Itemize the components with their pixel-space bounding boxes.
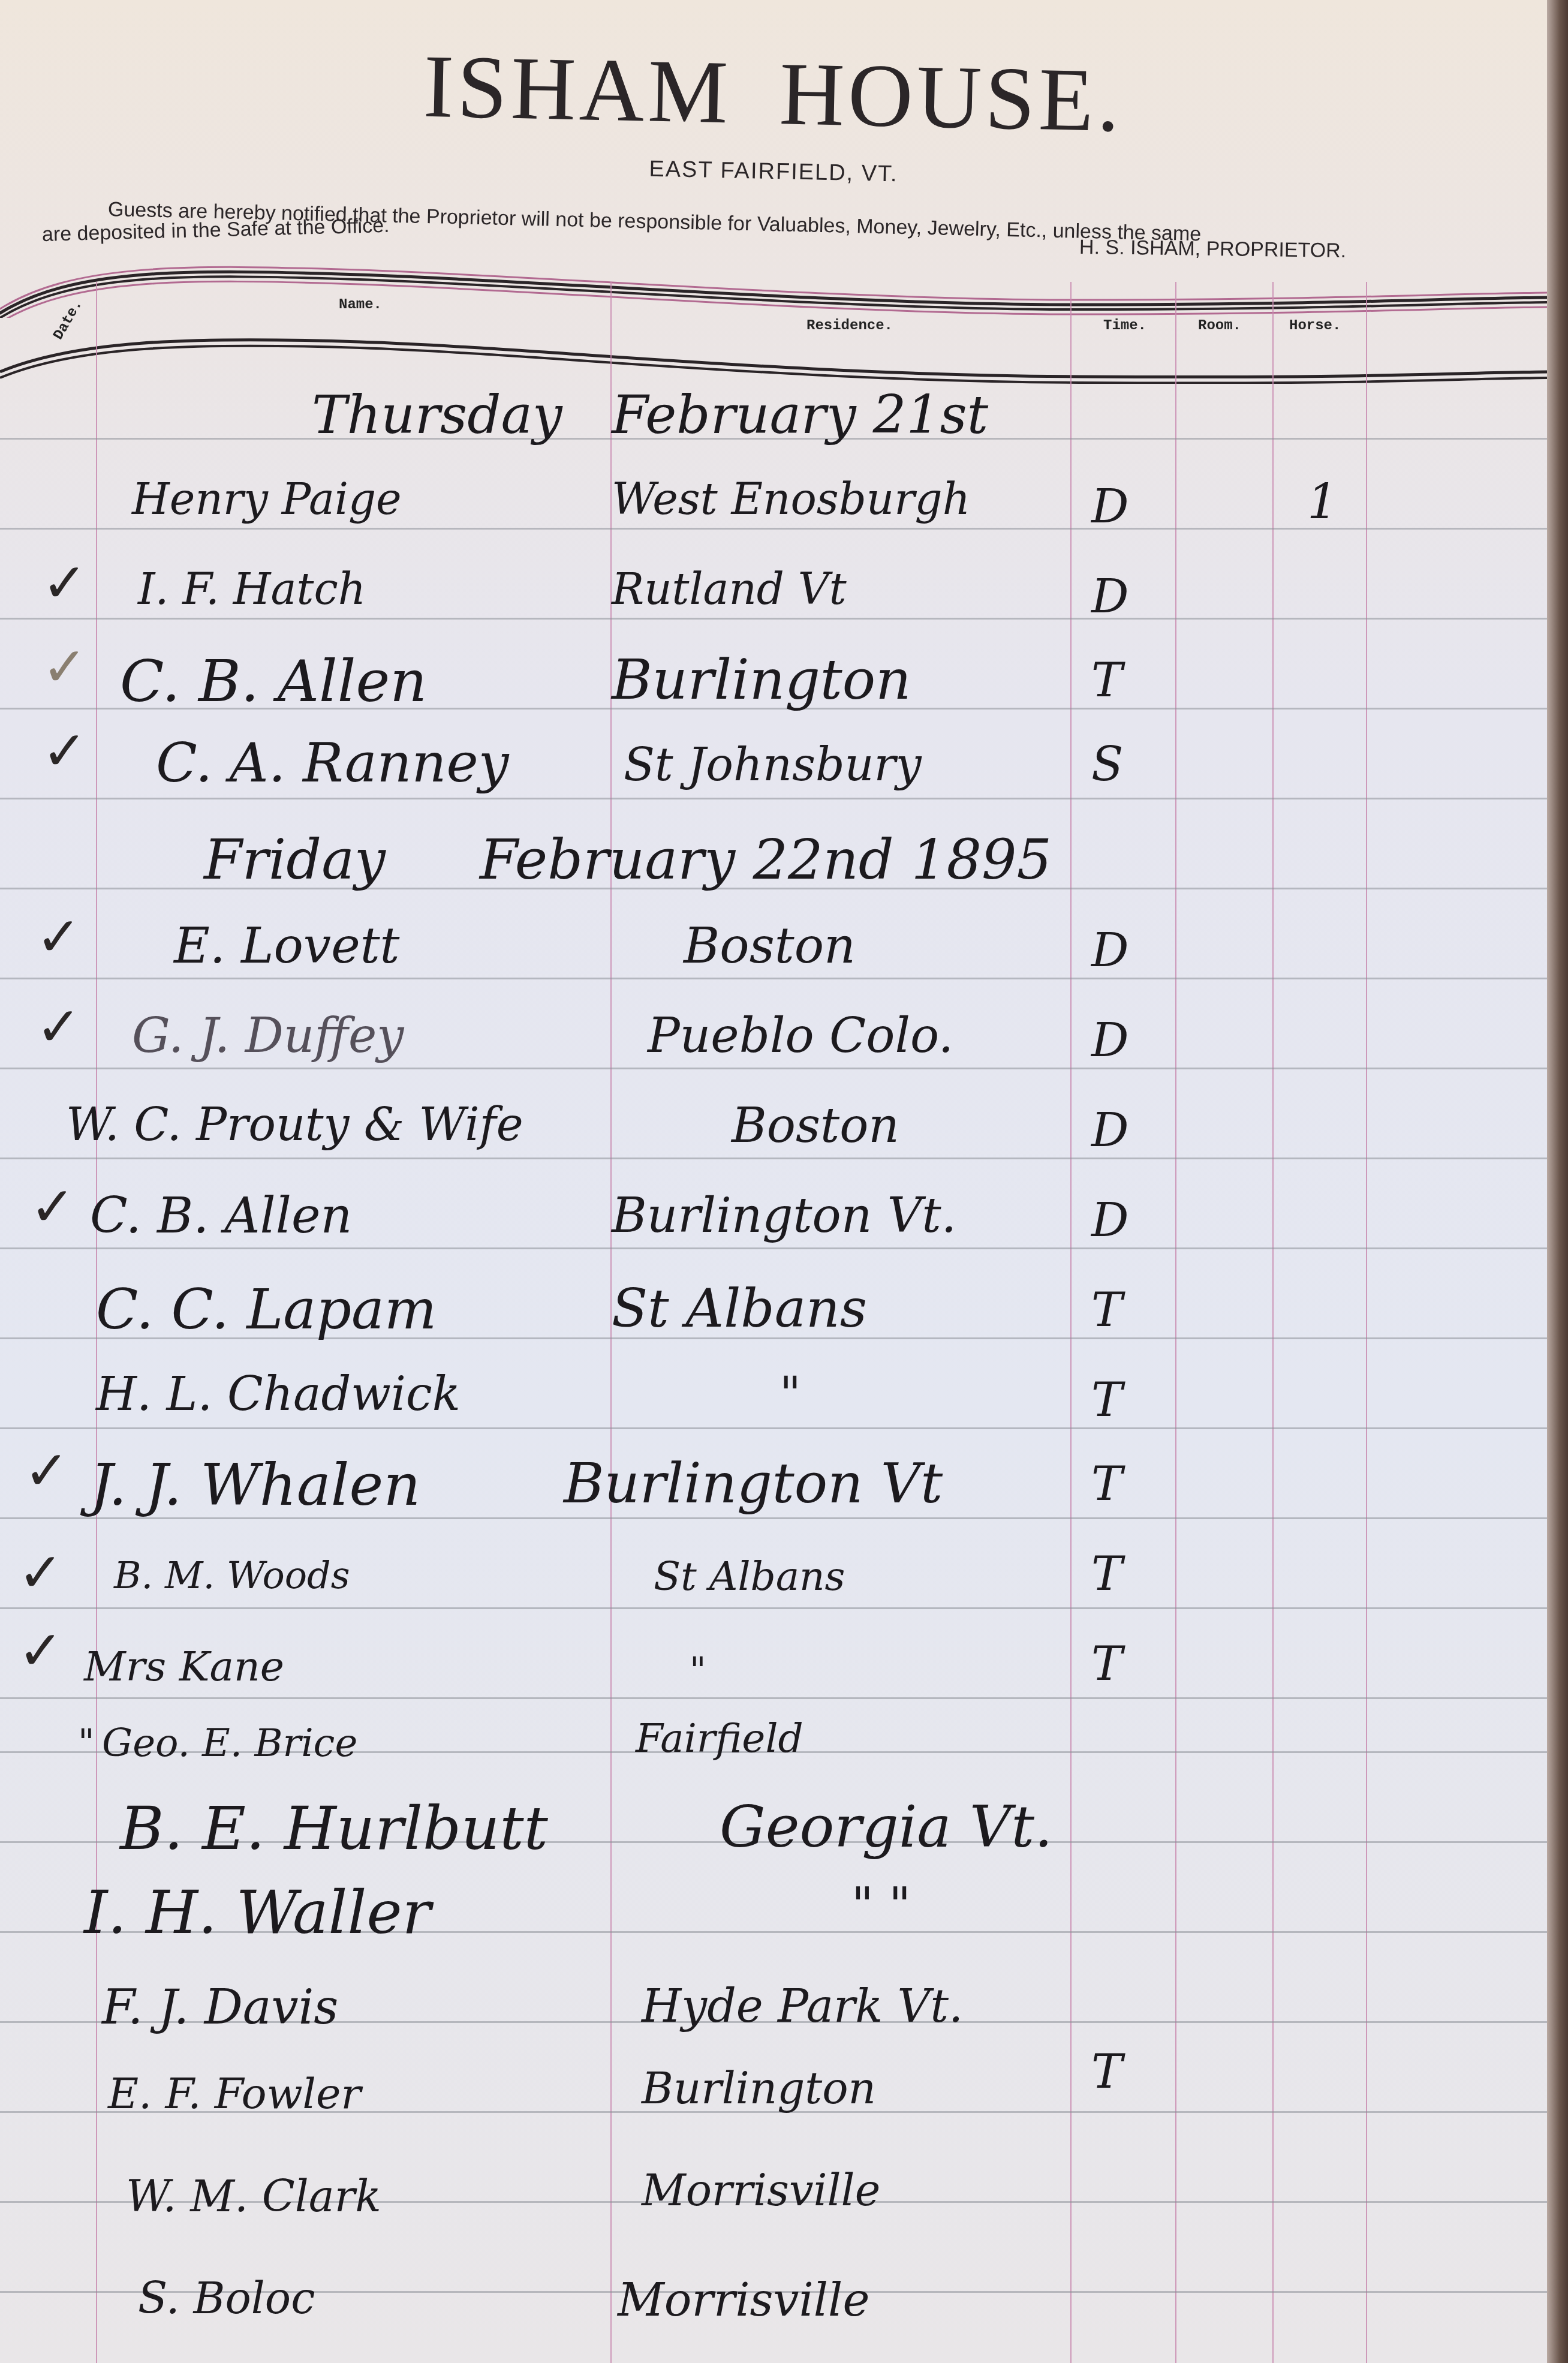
guest-residence: Morrisville xyxy=(618,2273,869,2326)
guest-residence: Burlington xyxy=(612,648,911,712)
guest-residence: Boston xyxy=(684,918,856,975)
checkmark: ✓ xyxy=(36,906,81,969)
guest-residence: " xyxy=(690,1649,706,1691)
guest-residence: Burlington xyxy=(642,2063,876,2114)
guest-residence: St Albans xyxy=(612,1277,867,1339)
col-rule-horse xyxy=(1366,282,1367,2363)
guest-name: C. B. Allen xyxy=(90,1187,352,1244)
date: February 21st xyxy=(612,384,988,446)
checkmark: ✓ xyxy=(30,1176,75,1238)
guest-name: B. M. Woods xyxy=(114,1553,350,1597)
checkmark: ✓ xyxy=(42,636,87,699)
ruled-line xyxy=(0,1697,1547,1699)
guest-name: W. M. Clark xyxy=(126,2171,381,2221)
header-top-rule xyxy=(0,252,1547,318)
guest-residence: Hyde Park Vt. xyxy=(642,1979,963,2033)
guest-name: C. C. Lapam xyxy=(96,1277,437,1342)
guest-name: Geo. E. Brice xyxy=(102,1721,357,1766)
guest-time: T xyxy=(1091,2045,1122,2099)
guest-residence: Morrisville xyxy=(642,2165,880,2215)
book-binding-edge xyxy=(1547,0,1568,2363)
guest-name: E. Lovett xyxy=(174,918,400,975)
guest-name: G. J. Duffey xyxy=(132,1008,404,1063)
guest-name: B. E. Hurlbutt xyxy=(120,1793,548,1863)
ruled-line xyxy=(0,1247,1547,1249)
guest-time: T xyxy=(1091,1637,1122,1691)
guest-residence: Burlington Vt. xyxy=(612,1187,956,1243)
guest-name: E. F. Fowler xyxy=(108,2069,361,2118)
guest-time: D xyxy=(1091,1104,1129,1158)
col-rule-time xyxy=(1175,282,1176,2363)
checkmark: ✓ xyxy=(24,1439,69,1502)
guest-residence: Rutland Vt xyxy=(612,564,847,614)
guest-time: T xyxy=(1091,1373,1122,1427)
ruled-line xyxy=(0,798,1547,799)
guest-name: C. B. Allen xyxy=(120,648,427,715)
guest-name: W. C. Prouty & Wife xyxy=(66,1098,523,1151)
register-page: ISHAMHOUSE. EAST FAIRFIELD, VT. Guests a… xyxy=(0,0,1547,2363)
col-rule-residence xyxy=(1070,282,1072,2363)
guest-residence: " " xyxy=(851,1877,911,1933)
ruled-line xyxy=(0,978,1547,979)
guest-time: D xyxy=(1091,1193,1129,1247)
weekday: Friday xyxy=(204,828,386,892)
guest-time: S xyxy=(1091,738,1123,792)
ditto-mark: " xyxy=(78,1721,95,1763)
guest-residence: " xyxy=(780,1367,801,1421)
ruled-line xyxy=(0,1427,1547,1429)
guest-time: D xyxy=(1091,480,1129,534)
title-house: HOUSE. xyxy=(778,44,1124,151)
col-header-name: Name. xyxy=(339,297,382,313)
date: February 22nd 1895 xyxy=(480,828,1052,892)
guest-time: T xyxy=(1091,654,1122,708)
col-rule-room xyxy=(1272,282,1274,2363)
guest-time: T xyxy=(1091,1457,1122,1511)
guest-residence: St Johnsbury xyxy=(624,738,922,791)
guest-horse: 1 xyxy=(1307,474,1338,530)
guest-name: S. Boloc xyxy=(138,2273,315,2323)
guest-name: J. J. Whalen xyxy=(90,1451,420,1519)
guest-residence: Fairfield xyxy=(636,1715,803,1761)
ruled-line xyxy=(0,1607,1547,1609)
guest-residence: Boston xyxy=(732,1098,899,1153)
guest-residence: Burlington Vt xyxy=(564,1451,943,1516)
guest-name: F. J. Davis xyxy=(102,1979,338,2035)
guest-name: Mrs Kane xyxy=(84,1643,284,1691)
guest-residence: St Albans xyxy=(654,1553,845,1600)
guest-name: I. H. Waller xyxy=(84,1877,431,1947)
guest-residence: Georgia Vt. xyxy=(720,1793,1053,1860)
ruled-line xyxy=(0,618,1547,620)
guest-residence: Pueblo Colo. xyxy=(648,1008,953,1063)
weekday: Thursday xyxy=(312,384,562,446)
title-isham: ISHAM xyxy=(423,37,733,143)
checkmark: ✓ xyxy=(42,720,87,783)
checkmark: ✓ xyxy=(18,1619,63,1682)
checkmark: ✓ xyxy=(36,996,81,1059)
ruled-line xyxy=(0,1158,1547,1159)
guest-time: T xyxy=(1091,1283,1122,1337)
notice-line-2: are deposited in the Safe at the Office. xyxy=(41,213,390,247)
header-bottom-rule xyxy=(0,324,1547,384)
guest-residence: West Enosburgh xyxy=(612,474,970,524)
hotel-title: ISHAMHOUSE. xyxy=(0,26,1547,161)
guest-name: I. F. Hatch xyxy=(138,564,366,614)
guest-name: H. L. Chadwick xyxy=(96,1367,461,1421)
guest-name: C. A. Ranney xyxy=(156,732,509,795)
guest-time: D xyxy=(1091,570,1129,624)
checkmark: ✓ xyxy=(42,552,87,615)
guest-time: D xyxy=(1091,924,1129,978)
checkmark: ✓ xyxy=(18,1541,63,1604)
ruled-line xyxy=(0,1068,1547,1069)
guest-time: D xyxy=(1091,1014,1129,1068)
guest-time: T xyxy=(1091,1547,1122,1601)
guest-name: Henry Paige xyxy=(132,474,402,524)
